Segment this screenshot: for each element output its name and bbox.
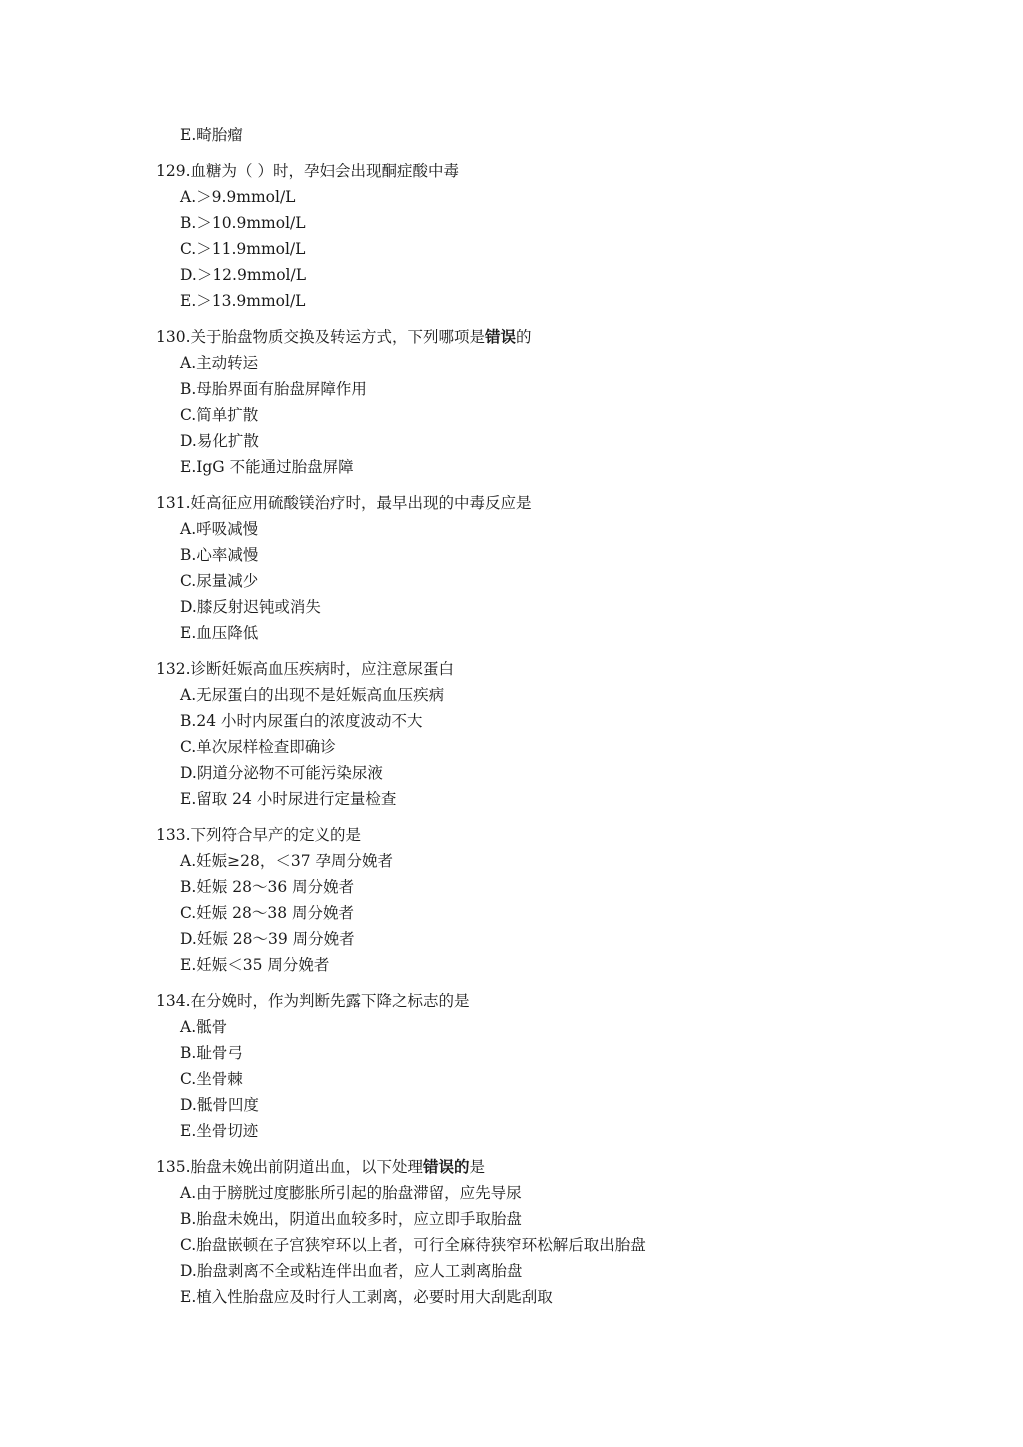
option-text: 妊娠≥28，＜37 孕周分娩者 xyxy=(196,852,393,870)
q133-option-b: B.妊娠 28～36 周分娩者 xyxy=(180,877,354,897)
option-label: C. xyxy=(180,738,196,756)
option-label: E. xyxy=(180,624,196,642)
question-emphasis: 错误的 xyxy=(423,1157,470,1176)
option-text: 留取 24 小时尿进行定量检查 xyxy=(196,790,396,808)
option-text: 无尿蛋白的出现不是妊娠高血压疾病 xyxy=(196,686,444,704)
q129-option-e: E.＞13.9mmol/L xyxy=(180,291,305,311)
option-text: 畸胎瘤 xyxy=(196,126,243,144)
q135-option-a: A.由于膀胱过度膨胀所引起的胎盘滞留，应先导尿 xyxy=(180,1183,522,1203)
option-label: C. xyxy=(180,1236,196,1254)
option-label: A. xyxy=(180,852,196,870)
question-133-stem: 133.下列符合早产的定义的是 xyxy=(156,825,361,845)
option-label: E. xyxy=(180,1288,196,1306)
option-text: 单次尿样检查即确诊 xyxy=(196,738,336,756)
option-label: B. xyxy=(180,1210,196,1228)
option-label: D. xyxy=(180,764,197,782)
q129-option-a: A.＞9.9mmol/L xyxy=(180,187,295,207)
option-text: ＞9.9mmol/L xyxy=(196,188,295,206)
option-text: 胎盘嵌顿在子宫狭窄环以上者，可行全麻待狭窄环松解后取出胎盘 xyxy=(196,1236,646,1254)
option-text: 坐骨棘 xyxy=(196,1070,243,1088)
option-text: 呼吸减慢 xyxy=(196,520,258,538)
option-label: B. xyxy=(180,380,196,398)
q134-option-d: D.骶骨凹度 xyxy=(180,1095,259,1115)
option-text: 尿量减少 xyxy=(196,572,258,590)
q131-option-b: B.心率减慢 xyxy=(180,545,258,565)
option-text: 骶骨 xyxy=(196,1018,227,1036)
q130-option-d: D.易化扩散 xyxy=(180,431,259,451)
question-text: 下列符合早产的定义的是 xyxy=(191,826,362,844)
option-text: 母胎界面有胎盘屏障作用 xyxy=(196,380,367,398)
question-130-stem: 130.关于胎盘物质交换及转运方式，下列哪项是错误的 xyxy=(156,327,532,347)
question-number: 134. xyxy=(156,992,191,1010)
q131-option-e: E.血压降低 xyxy=(180,623,258,643)
q129-option-b: B.＞10.9mmol/L xyxy=(180,213,306,233)
question-number: 132. xyxy=(156,660,191,678)
option-text: 主动转运 xyxy=(196,354,258,372)
option-text: 血压降低 xyxy=(196,624,258,642)
option-text: 阴道分泌物不可能污染尿液 xyxy=(197,764,383,782)
q135-option-b: B.胎盘未娩出，阴道出血较多时，应立即手取胎盘 xyxy=(180,1209,522,1229)
option-label: D. xyxy=(180,432,197,450)
option-label: B. xyxy=(180,546,196,564)
option-label: B. xyxy=(180,712,196,730)
q131-option-c: C.尿量减少 xyxy=(180,571,258,591)
option-label: D. xyxy=(180,598,197,616)
option-text: 心率减慢 xyxy=(196,546,258,564)
option-label: E. xyxy=(180,458,196,476)
option-label: A. xyxy=(180,520,196,538)
question-number: 131. xyxy=(156,494,191,512)
option-text: 胎盘剥离不全或粘连伴出血者，应人工剥离胎盘 xyxy=(197,1262,523,1280)
question-text: 妊高征应用硫酸镁治疗时，最早出现的中毒反应是 xyxy=(191,494,532,512)
q134-option-c: C.坐骨棘 xyxy=(180,1069,243,1089)
option-label: C. xyxy=(180,406,196,424)
question-131-stem: 131.妊高征应用硫酸镁治疗时，最早出现的中毒反应是 xyxy=(156,493,532,513)
option-label: B. xyxy=(180,214,196,232)
q132-option-e: E.留取 24 小时尿进行定量检查 xyxy=(180,789,396,809)
question-text-end: 的 xyxy=(516,328,532,346)
option-label: A. xyxy=(180,686,196,704)
option-text: 膝反射迟钝或消失 xyxy=(197,598,321,616)
q129-option-c: C.＞11.9mmol/L xyxy=(180,239,305,259)
question-number: 129. xyxy=(156,162,191,180)
q132-option-d: D.阴道分泌物不可能污染尿液 xyxy=(180,763,383,783)
q134-option-b: B.耻骨弓 xyxy=(180,1043,243,1063)
option-text: 植入性胎盘应及时行人工剥离，必要时用大刮匙刮取 xyxy=(196,1288,553,1306)
question-number: 130. xyxy=(156,328,191,346)
option-label: E. xyxy=(180,292,196,310)
q134-option-e: E.坐骨切迹 xyxy=(180,1121,258,1141)
q135-option-c: C.胎盘嵌顿在子宫狭窄环以上者，可行全麻待狭窄环松解后取出胎盘 xyxy=(180,1235,646,1255)
question-132-stem: 132.诊断妊娠高血压疾病时，应注意尿蛋白 xyxy=(156,659,454,679)
option-text: ＞12.9mmol/L xyxy=(197,266,306,284)
option-label: B. xyxy=(180,878,196,896)
option-label: C. xyxy=(180,572,196,590)
question-text: 诊断妊娠高血压疾病时，应注意尿蛋白 xyxy=(191,660,455,678)
option-leading-e: E.畸胎瘤 xyxy=(180,125,243,145)
option-label: C. xyxy=(180,1070,196,1088)
q133-option-d: D.妊娠 28～39 周分娩者 xyxy=(180,929,355,949)
option-text: 妊娠 28～36 周分娩者 xyxy=(196,878,354,896)
option-label: A. xyxy=(180,188,196,206)
q135-option-d: D.胎盘剥离不全或粘连伴出血者，应人工剥离胎盘 xyxy=(180,1261,522,1281)
option-text: 胎盘未娩出，阴道出血较多时，应立即手取胎盘 xyxy=(196,1210,522,1228)
option-label: E. xyxy=(180,1122,196,1140)
question-text: 血糖为（ ）时，孕妇会出现酮症酸中毒 xyxy=(191,162,459,180)
option-text: 妊娠 28～39 周分娩者 xyxy=(197,930,355,948)
option-text: 简单扩散 xyxy=(196,406,258,424)
question-text: 关于胎盘物质交换及转运方式，下列哪项是 xyxy=(191,328,486,346)
option-text: ＞13.9mmol/L xyxy=(196,292,305,310)
q133-option-a: A.妊娠≥28，＜37 孕周分娩者 xyxy=(180,851,393,871)
option-label: A. xyxy=(180,1184,196,1202)
option-text: 妊娠 28～38 周分娩者 xyxy=(196,904,354,922)
question-129-stem: 129.血糖为（ ）时，孕妇会出现酮症酸中毒 xyxy=(156,161,459,181)
option-label: E. xyxy=(180,956,196,974)
question-text: 在分娩时，作为判断先露下降之标志的是 xyxy=(191,992,470,1010)
q131-option-d: D.膝反射迟钝或消失 xyxy=(180,597,321,617)
question-135-stem: 135.胎盘未娩出前阴道出血，以下处理错误的是 xyxy=(156,1157,485,1177)
option-label: B. xyxy=(180,1044,196,1062)
question-text-end: 是 xyxy=(470,1158,486,1176)
question-number: 135. xyxy=(156,1158,191,1176)
option-text: 24 小时内尿蛋白的浓度波动不大 xyxy=(196,712,422,730)
question-emphasis: 错误 xyxy=(485,327,516,346)
q134-option-a: A.骶骨 xyxy=(180,1017,227,1037)
option-label: A. xyxy=(180,354,196,372)
q131-option-a: A.呼吸减慢 xyxy=(180,519,258,539)
option-label: E. xyxy=(180,126,196,144)
option-text: 易化扩散 xyxy=(197,432,259,450)
option-label: D. xyxy=(180,1262,197,1280)
q130-option-e: E.IgG 不能通过胎盘屏障 xyxy=(180,457,354,477)
q133-option-e: E.妊娠＜35 周分娩者 xyxy=(180,955,329,975)
option-text: 耻骨弓 xyxy=(196,1044,243,1062)
option-text: IgG 不能通过胎盘屏障 xyxy=(196,458,353,476)
q135-option-e: E.植入性胎盘应及时行人工剥离，必要时用大刮匙刮取 xyxy=(180,1287,553,1307)
question-134-stem: 134.在分娩时，作为判断先露下降之标志的是 xyxy=(156,991,470,1011)
option-label: D. xyxy=(180,930,197,948)
option-label: D. xyxy=(180,266,197,284)
option-text: ＞10.9mmol/L xyxy=(196,214,305,232)
q132-option-c: C.单次尿样检查即确诊 xyxy=(180,737,336,757)
question-text: 胎盘未娩出前阴道出血，以下处理 xyxy=(191,1158,424,1176)
option-label: A. xyxy=(180,1018,196,1036)
option-text: 妊娠＜35 周分娩者 xyxy=(196,956,329,974)
q130-option-b: B.母胎界面有胎盘屏障作用 xyxy=(180,379,367,399)
question-number: 133. xyxy=(156,826,191,844)
option-text: ＞11.9mmol/L xyxy=(196,240,305,258)
option-text: 坐骨切迹 xyxy=(196,1122,258,1140)
option-label: E. xyxy=(180,790,196,808)
option-label: D. xyxy=(180,1096,197,1114)
q133-option-c: C.妊娠 28～38 周分娩者 xyxy=(180,903,354,923)
option-text: 骶骨凹度 xyxy=(197,1096,259,1114)
option-label: C. xyxy=(180,240,196,258)
q132-option-a: A.无尿蛋白的出现不是妊娠高血压疾病 xyxy=(180,685,444,705)
q132-option-b: B.24 小时内尿蛋白的浓度波动不大 xyxy=(180,711,422,731)
option-text: 由于膀胱过度膨胀所引起的胎盘滞留，应先导尿 xyxy=(196,1184,522,1202)
q130-option-a: A.主动转运 xyxy=(180,353,258,373)
q130-option-c: C.简单扩散 xyxy=(180,405,258,425)
q129-option-d: D.＞12.9mmol/L xyxy=(180,265,306,285)
option-label: C. xyxy=(180,904,196,922)
